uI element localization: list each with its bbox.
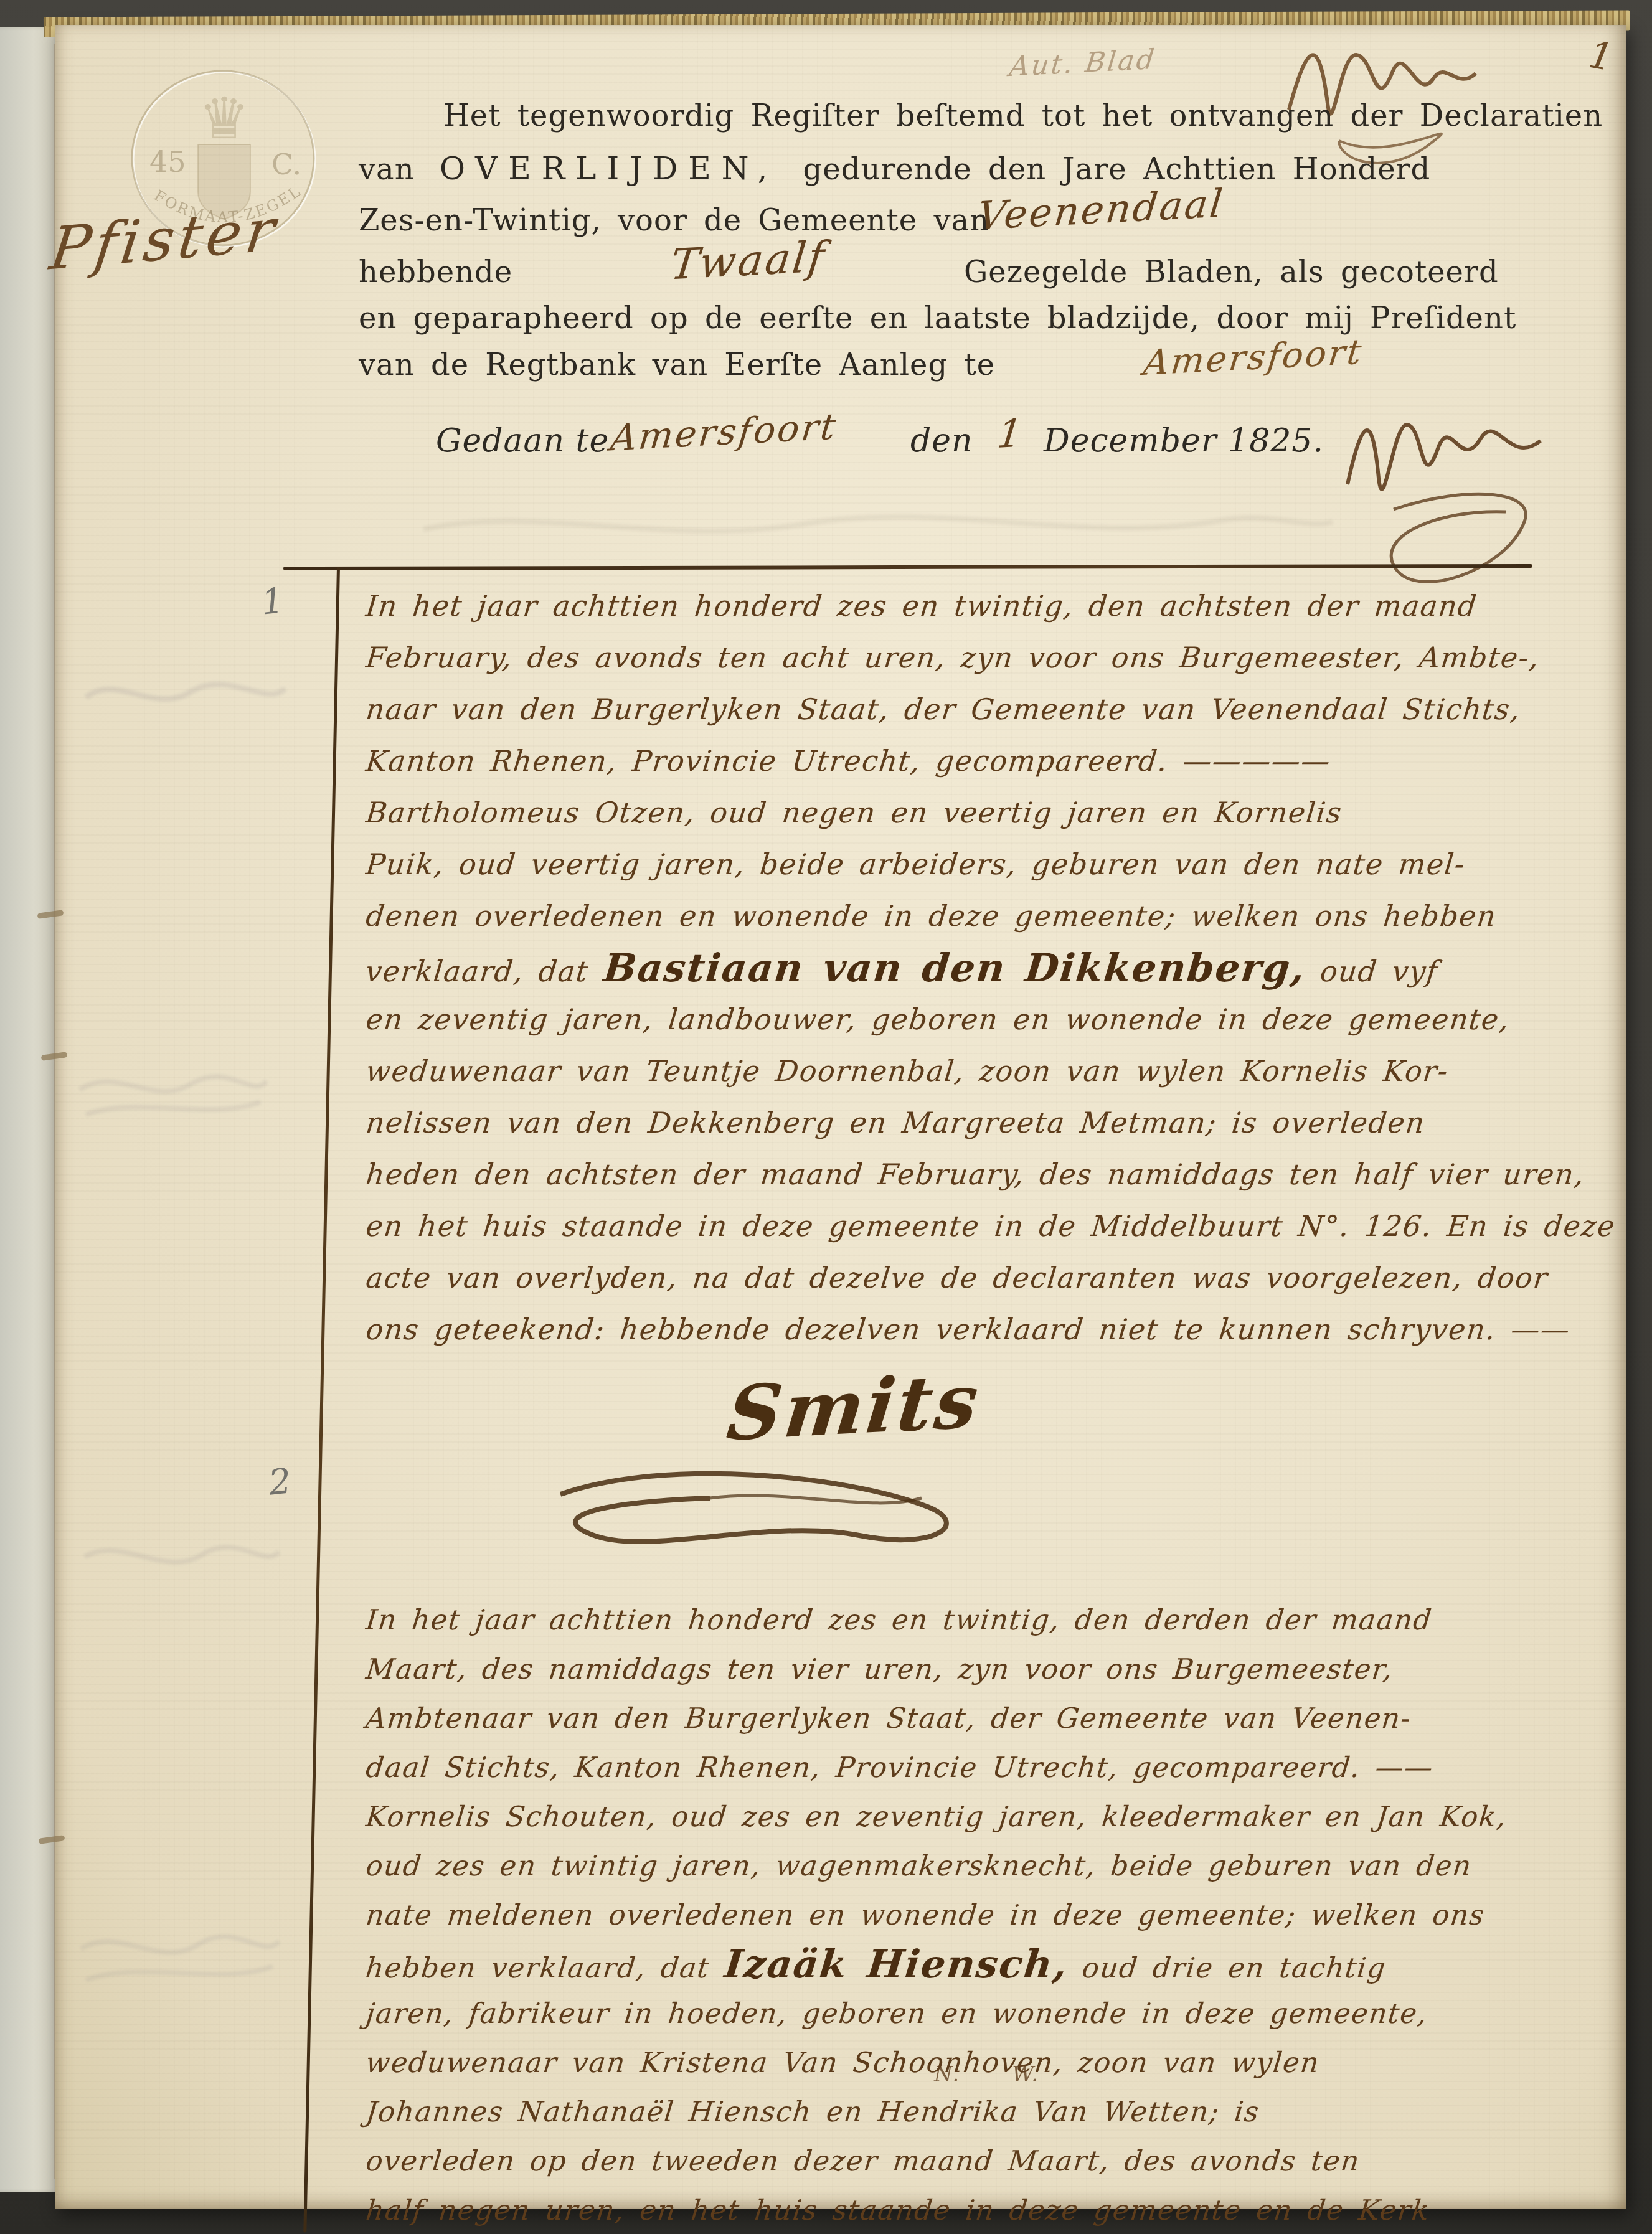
act-line: Ambtenaar van den Burgerlyken Staat, der… [364, 1694, 1583, 1743]
dateline-month-year: December 1825. [1044, 422, 1324, 460]
ink-bleed-mark [78, 1507, 284, 1606]
crown-icon: ♛ [199, 85, 250, 152]
act-line: oud zes en twintig jaren, wagenmakerskne… [364, 1841, 1583, 1890]
act-line: nelissen van den Dekkenberg en Margreeta… [364, 1097, 1584, 1149]
act-line: Kanton Rhenen, Provincie Utrecht, gecomp… [364, 735, 1584, 787]
header-line-3: Zes-en-Twintig, voor de Gemeente van [359, 203, 989, 238]
act-line: Johannes Nathanaël Hiensch en Hendrika V… [364, 2087, 1583, 2136]
header-line-4b: Gezegelde Bladen, als gecoteerd [964, 255, 1499, 290]
header-line-2-post: gedurende den Jare Achttien Honderd [803, 152, 1431, 187]
act-line: en zeventig jaren, landbouwer, geboren e… [364, 994, 1584, 1045]
death-act-entry-1: In het jaar achttien honderd zes en twin… [366, 580, 1580, 1355]
deceased-name: Bastiaan van den Dikkenberg, [602, 945, 1308, 991]
act-line: In het jaar achttien honderd zes en twin… [364, 580, 1584, 632]
act-line: Kornelis Schouten, oud zes en zeventig j… [364, 1792, 1583, 1841]
signature-flourish-icon [523, 1438, 1083, 1563]
blad-count-handwritten: Twaalf [668, 233, 828, 290]
act-line: Bartholomeus Otzen, oud negen en veertig… [364, 787, 1584, 839]
act-line: Maart, des namiddags ten vier uren, zyn … [364, 1644, 1583, 1694]
act-line: daal Stichts, Kanton Rhenen, Provincie U… [364, 1743, 1583, 1792]
ink-bleed-mark [80, 648, 291, 741]
death-act-entry-2: In het jaar achttien honderd zes en twin… [366, 1595, 1580, 2234]
dateline-den: den [910, 422, 973, 460]
interline-correction-marks: N. W. [934, 2062, 1039, 2087]
act-line: acte van overlyden, na dat dezelve de de… [364, 1252, 1584, 1304]
name-line-post: oud drie en tachtig [1080, 1951, 1387, 1984]
dateline-day-handwritten: 1 [995, 410, 1026, 457]
act-line: weduwenaar van Teuntje Doornenbal, zoon … [364, 1045, 1584, 1097]
act-line-deceased-name: verklaard, dat Bastiaan van den Dikkenbe… [364, 942, 1584, 994]
name-line-post: oud vyf [1319, 954, 1440, 988]
ink-bleed-mark [73, 1893, 285, 1999]
act-line: naar van den Burgerlyken Staat, der Geme… [364, 684, 1584, 735]
binding-seam [54, 44, 55, 2179]
act-line: overleden op den tweeden dezer maand Maa… [364, 2136, 1583, 2185]
header-line-6: van de Regtbank van Eerſte Aanleg te [359, 347, 995, 382]
act-line: jaren, fabrikeur in hoeden, geboren en w… [364, 1989, 1583, 2038]
name-line-pre: hebben verklaard, dat [364, 1951, 712, 1984]
act-line: half negen uren, en het huis staande in … [364, 2185, 1583, 2234]
act-line: en het huis staande in deze gemeente in … [364, 1200, 1584, 1252]
deceased-name: Izaäk Hiensch, [722, 1941, 1070, 1987]
register-scan: ♛ 45 C. FORMAAT-ZEGEL. Aut. Blad 1 Het t… [0, 0, 1652, 2234]
act2-margin-number: 2 [267, 1461, 293, 1503]
act-line: ons geteekend: hebbende dezelven verklaa… [364, 1304, 1584, 1355]
header-line-5: en geparapheerd op de eerſte en laatste … [359, 301, 1516, 336]
act-line: heden den achtsten der maand February, d… [364, 1149, 1584, 1200]
act-line-deceased-name: hebben verklaard, dat Izaäk Hiensch, oud… [364, 1939, 1583, 1989]
header-line-1: Het tegenwoordig Regiſter beſtemd tot he… [443, 98, 1603, 133]
seal-currency: C. [271, 148, 301, 181]
registrar-signature-block: Smits [523, 1364, 1083, 1557]
adjacent-page-edge [0, 27, 61, 2192]
seal-denomination: 45 [149, 145, 186, 179]
header-line-2-pre: van [359, 152, 415, 187]
header-line-2: van OVERLIJDEN, gedurende den Jare Achtt… [359, 151, 1430, 187]
act1-margin-number: 1 [260, 580, 286, 623]
ink-bleed-mark [411, 492, 1345, 560]
paraph-scrawl-icon [1270, 16, 1519, 172]
act-line: In het jaar achttien honderd zes en twin… [364, 1595, 1583, 1644]
name-line-pre: verklaard, dat [364, 954, 590, 988]
act-line: February, des avonds ten acht uren, zyn … [364, 632, 1584, 684]
act-line: nate meldenen overledenen en wonende in … [364, 1890, 1583, 1939]
ink-bleed-mark [73, 1034, 273, 1133]
register-type-title: OVERLIJDEN, [440, 151, 778, 187]
act-line: denen overledenen en wonende in deze gem… [364, 890, 1584, 942]
header-line-4a: hebbende [359, 255, 512, 290]
act-line: Puik, oud veertig jaren, beide arbeiders… [364, 839, 1584, 890]
dateline-gedaan-te: Gedaan te [436, 422, 609, 460]
